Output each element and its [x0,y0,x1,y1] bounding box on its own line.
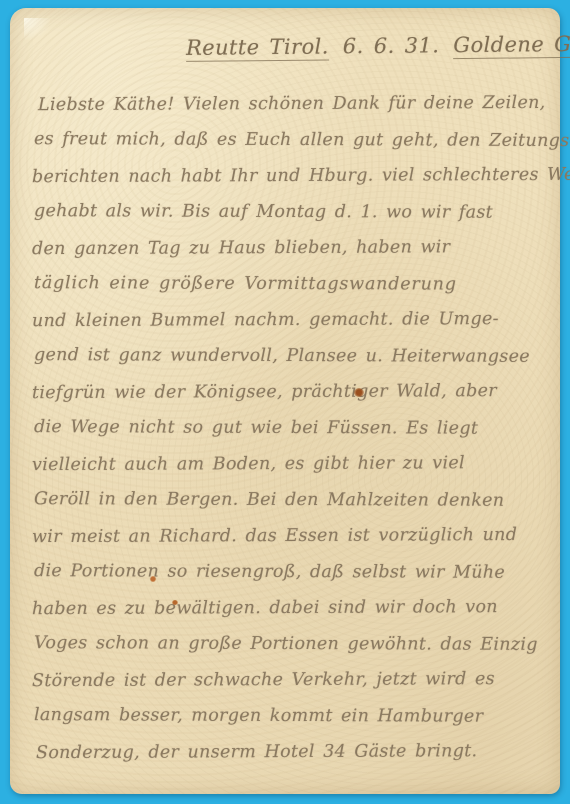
letter-line: und kleinen Bummel nachm. gemacht. die U… [32,301,548,339]
postcard-header: Reutte Tirol. 6. 6. 31. Goldene Glocke. [186,32,556,60]
letter-line: die Wege nicht so gut wie bei Füssen. Es… [34,409,548,447]
letter-line: die Portionen so riesengroß, daß selbst … [34,553,548,591]
letter-line: berichten nach habt Ihr und Hburg. viel … [32,157,548,195]
letter-line: vielleicht auch am Boden, es gibt hier z… [32,445,548,483]
letter-line: Geröll in den Bergen. Bei den Mahlzeiten… [34,481,548,519]
letter-line: langsam besser, morgen kommt ein Hamburg… [34,697,548,735]
postcard: Reutte Tirol. 6. 6. 31. Goldene Glocke. … [10,8,560,794]
letter-line: Störende ist der schwache Verkehr, jetzt… [32,661,548,699]
header-hotel: Goldene Glocke. [453,31,570,59]
letter-line: tiefgrün wie der Königsee, prächtiger Wa… [32,373,548,411]
letter-line: es freut mich, daß es Euch allen gut geh… [34,121,548,159]
letter-line: Sonderzug, der unserm Hotel 34 Gäste bri… [36,733,548,771]
letter-line: gehabt als wir. Bis auf Montag d. 1. wo … [34,193,548,231]
letter-line: täglich eine größere Vormittagswanderung [34,265,548,303]
letter-line: Voges schon an große Portionen gewöhnt. … [34,625,548,663]
letter-body: Liebste Käthe! Vielen schönen Dank für d… [32,86,548,770]
scan-background: Reutte Tirol. 6. 6. 31. Goldene Glocke. … [0,0,570,804]
letter-line: haben es zu bewältigen. dabei sind wir d… [32,589,548,627]
letter-line: den ganzen Tag zu Haus blieben, haben wi… [32,229,548,267]
letter-line: gend ist ganz wundervoll, Plansee u. Hei… [34,337,548,375]
header-date: 6. 6. 31. [343,33,440,58]
letter-line: wir meist an Richard. das Essen ist vorz… [32,517,548,555]
header-place: Reutte Tirol. [186,34,329,61]
letter-line: Liebste Käthe! Vielen schönen Dank für d… [38,85,548,123]
corner-wear [24,18,50,40]
